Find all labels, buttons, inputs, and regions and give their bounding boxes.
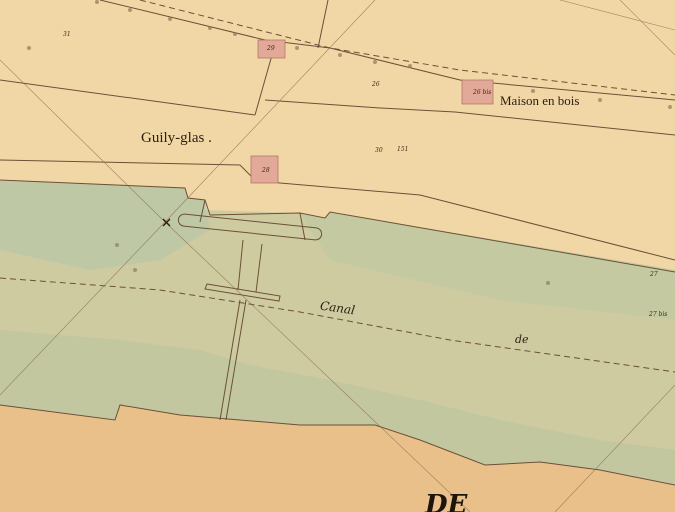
cadastral-map: Guily-glas . Maison en bois Canal de DE … <box>0 0 675 512</box>
locality-label: Guily-glas . <box>141 130 212 147</box>
canal-de-label: de <box>515 333 529 346</box>
parcel-29-label: 29 <box>267 45 275 52</box>
parcel-27bis-label: 27 bis <box>649 311 667 318</box>
building-note-label: Maison en bois <box>500 93 579 109</box>
parcel-28-label: 28 <box>262 167 270 174</box>
parcel-30-label: 30 <box>375 147 383 154</box>
parcel-151-label: 151 <box>397 146 408 153</box>
parcel-26bis-label: 26 bis <box>473 89 491 96</box>
map-drawing <box>0 0 675 512</box>
bottom-partial-label: DE <box>425 490 467 512</box>
parcel-27-label: 27 <box>650 271 658 278</box>
parcel-31-label: 31 <box>63 31 71 38</box>
parcel-26-label: 26 <box>372 81 380 88</box>
